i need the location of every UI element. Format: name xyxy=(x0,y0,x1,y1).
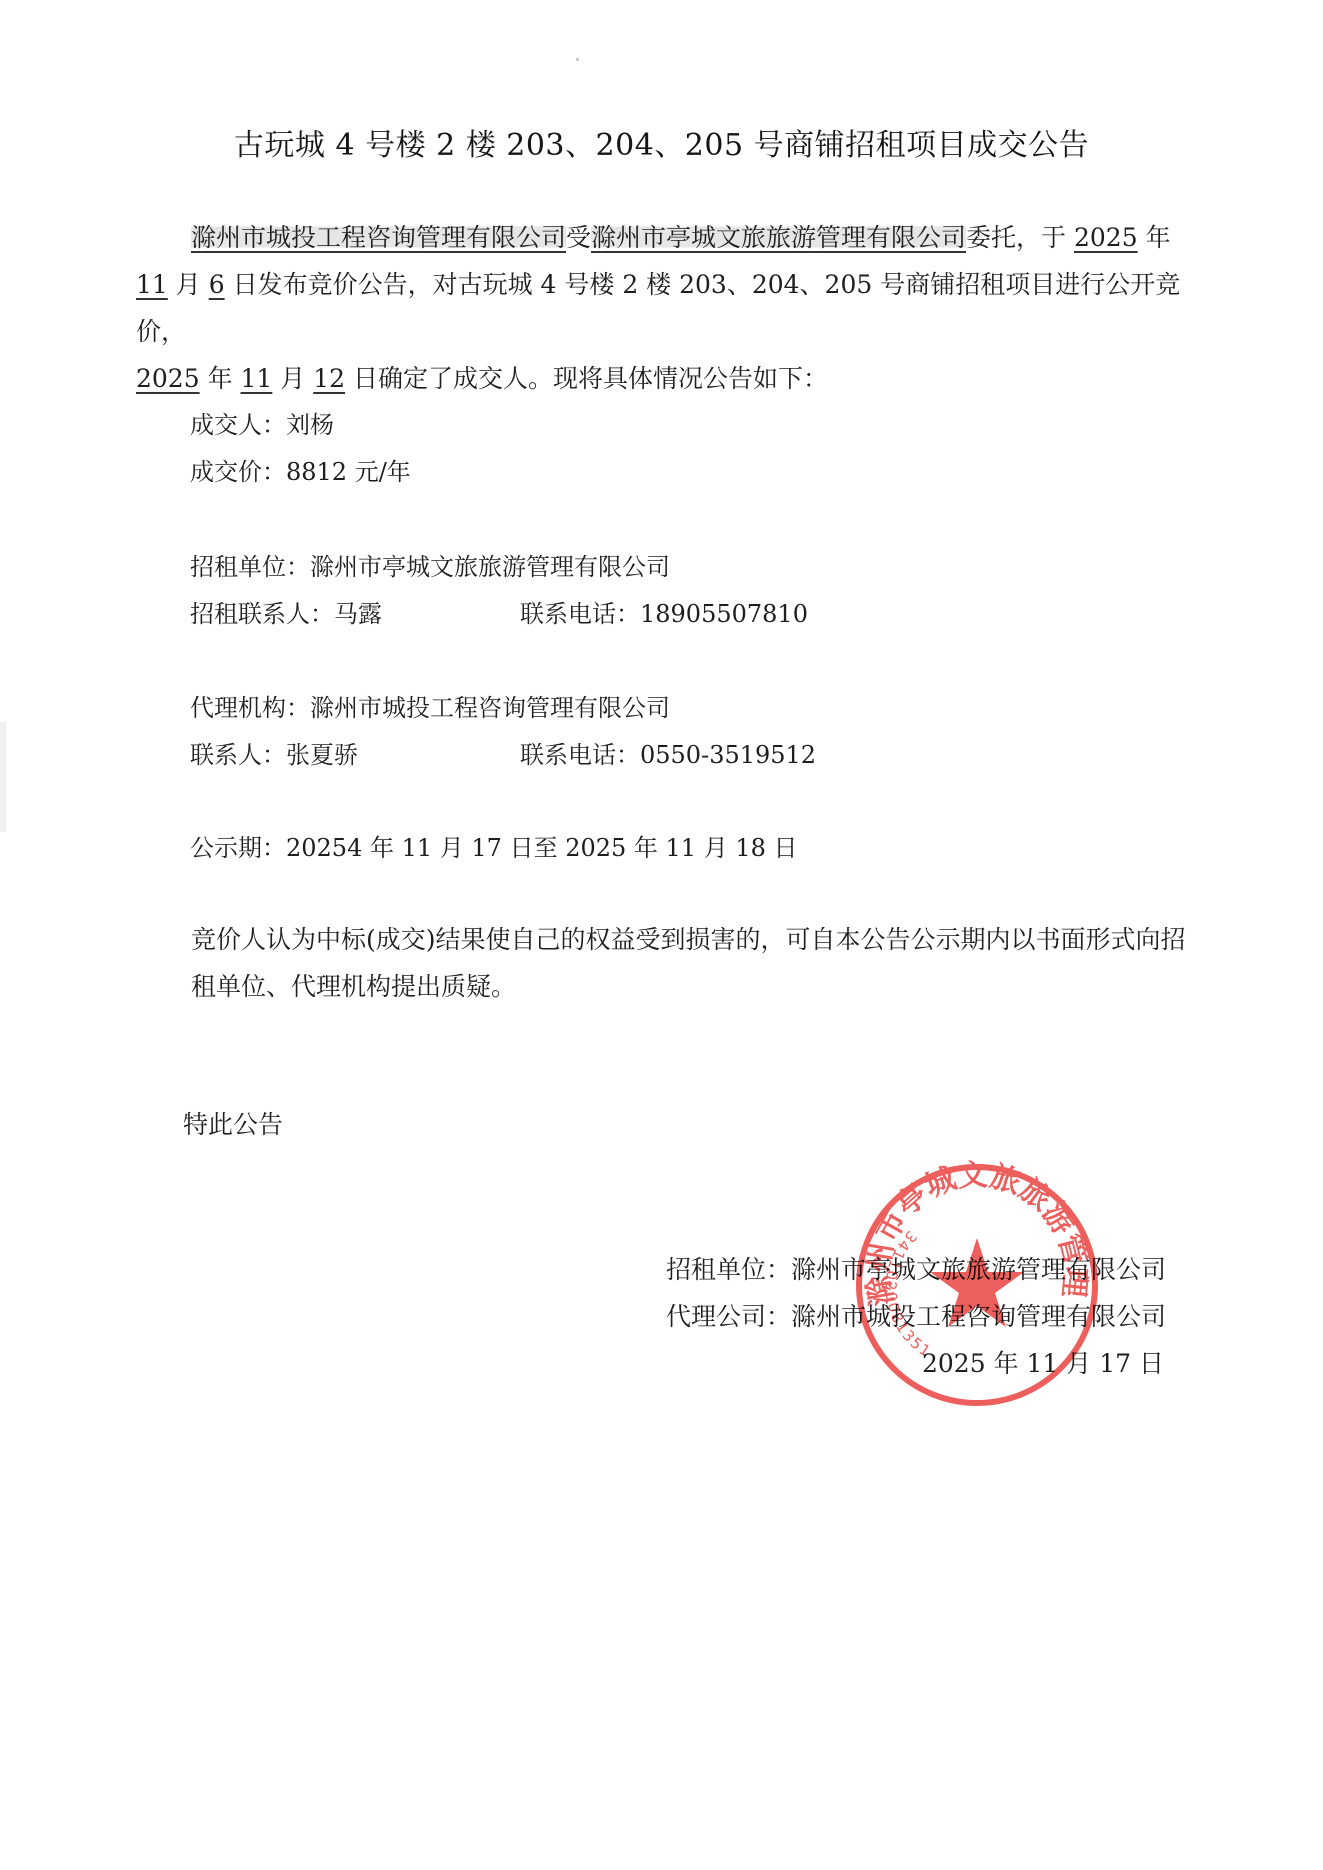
agent-unit-line: 代理机构：滁州市城投工程咨询管理有限公司 xyxy=(190,688,670,723)
price-value: 8812 元/年 xyxy=(286,458,411,486)
lessor-contact-line: 招租联系人：马露 联系电话：18905507810 xyxy=(190,594,990,629)
scan-speck xyxy=(576,58,579,61)
agent-contact-line: 联系人：张夏骄 联系电话：0550-3519512 xyxy=(190,735,990,770)
price-line: 成交价：8812 元/年 xyxy=(190,452,411,487)
official-seal-icon: 滁州市亭城文旅旅游管理有限公司 3411020081351 xyxy=(852,1160,1102,1410)
deal-year: 2025 xyxy=(136,364,200,393)
publish-month: 11 xyxy=(136,270,168,299)
scan-edge-artifact xyxy=(0,722,6,832)
agent-phone: 联系电话：0550-3519512 xyxy=(520,735,816,770)
objection-paragraph: 竞价人认为中标(成交)结果使自己的权益受到损害的，可自本公告公示期内以书面形式向… xyxy=(136,916,1206,1010)
publish-year: 2025 xyxy=(1074,223,1138,252)
agent-name: 滁州市城投工程咨询管理有限公司 xyxy=(191,223,566,252)
lessor-unit-line: 招租单位：滁州市亭城文旅旅游管理有限公司 xyxy=(190,547,670,582)
winner-line: 成交人：刘杨 xyxy=(190,405,334,440)
lessor-phone: 联系电话：18905507810 xyxy=(520,594,808,629)
lessor-name: 滁州市亭城文旅旅游管理有限公司 xyxy=(591,223,966,252)
page-title: 古玩城 4 号楼 2 楼 203、204、205 号商铺招租项目成交公告 xyxy=(0,120,1323,164)
publish-day: 6 xyxy=(209,270,225,299)
deal-month: 11 xyxy=(241,364,273,393)
deal-day: 12 xyxy=(313,364,345,393)
intro-paragraph: 滁州市城投工程咨询管理有限公司受滁州市亭城文旅旅游管理有限公司委托，于 2025… xyxy=(136,214,1206,402)
publicity-period: 公示期：20254 年 11 月 17 日至 2025 年 11 月 18 日 xyxy=(190,828,798,863)
winner-value: 刘杨 xyxy=(286,411,334,439)
closing-text: 特此公告 xyxy=(183,1105,283,1141)
